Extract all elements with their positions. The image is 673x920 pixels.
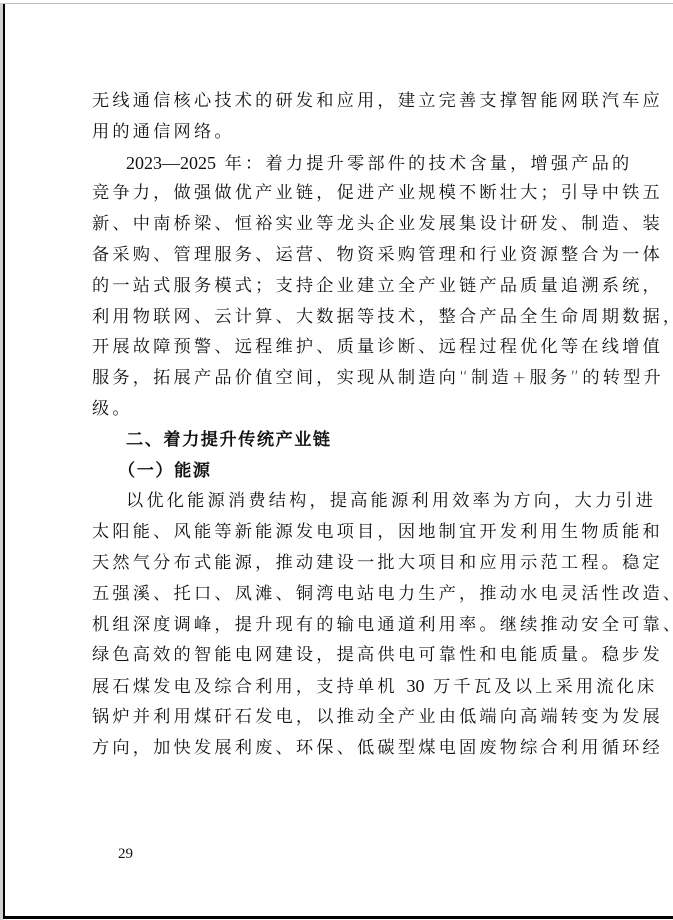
text-line: 服务，拓展产品价值空间，实现从制造向“制造+服务”的转型升 [92,363,594,394]
text-line: 太阳能、风能等新能源发电项目，因地制宜开发利用生物质能和 [92,517,594,548]
text-line: 展石煤发电及综合利用，支持单机 30 万千瓦及以上采用流化床 [92,671,594,702]
text-span: 年：着力提升零部件的技术含量，增强产品的 [216,154,632,174]
text-line: 级。 [92,394,594,425]
subsection-heading: （一）能源 [92,456,594,487]
page-left-border [3,4,5,918]
text-line: 机组深度调峰，提升现有的输电通道利用率。继续推动安全可靠、 [92,610,594,641]
page-bottom-border [3,916,673,919]
text-line: 备采购、管理服务、运营、物资采购管理和行业资源整合为一体 [92,240,594,271]
text-line: 以优化能源消费结构，提高能源利用效率为方向，大力引进 [92,486,594,517]
text-span: 万千瓦及以上采用流化床 [424,677,657,697]
paragraph-energy: 以优化能源消费结构，提高能源利用效率为方向，大力引进 太阳能、风能等新能源发电项… [92,486,594,763]
text-line: 的一站式服务模式；支持企业建立全产业链产品质量追溯系统， [92,271,594,302]
page-number: 29 [118,846,133,863]
text-line: 五强溪、托口、凤滩、铜湾电站电力生产，推动水电灵活性改造、 [92,579,594,610]
paragraph-2023-2025: 2023—2025 年：着力提升零部件的技术含量，增强产品的 竞争力，做强做优产… [92,148,594,425]
year-range: 2023—2025 [126,153,216,173]
text-line: 2023—2025 年：着力提升零部件的技术含量，增强产品的 [92,148,594,179]
text-line: 方向，加快发展利废、环保、低碳型煤电固废物综合利用循环经 [92,733,594,764]
page-top-border [0,3,673,4]
section-heading: 二、着力提升传统产业链 [92,425,594,456]
text-line: 绿色高效的智能电网建设，提高供电可靠性和电能质量。稳步发 [92,640,594,671]
text-line: 新、中南桥梁、恒裕实业等龙头企业发展集设计研发、制造、装 [92,209,594,240]
text-line: 用的通信网络。 [92,117,594,148]
text-line: 竞争力，做强做优产业链，促进产业规模不断壮大；引导中铁五 [92,178,594,209]
text-line: 锅炉并利用煤矸石发电，以推动全产业由低端向高端转变为发展 [92,702,594,733]
text-line: 开展故障预警、远程维护、质量诊断、远程过程优化等在线增值 [92,332,594,363]
document-page: 无线通信核心技术的研发和应用，建立完善支撑智能网联汽车应 用的通信网络。 202… [92,86,594,764]
text-span: 展石煤发电及综合利用，支持单机 [92,677,406,697]
paragraph-continued: 无线通信核心技术的研发和应用，建立完善支撑智能网联汽车应 用的通信网络。 [92,86,594,148]
text-line: 利用物联网、云计算、大数据等技术，整合产品全生命周期数据， [92,302,594,333]
text-line: 天然气分布式能源，推动建设一批大项目和应用示范工程。稳定 [92,548,594,579]
text-line: 无线通信核心技术的研发和应用，建立完善支撑智能网联汽车应 [92,86,594,117]
number-value: 30 [406,676,424,696]
